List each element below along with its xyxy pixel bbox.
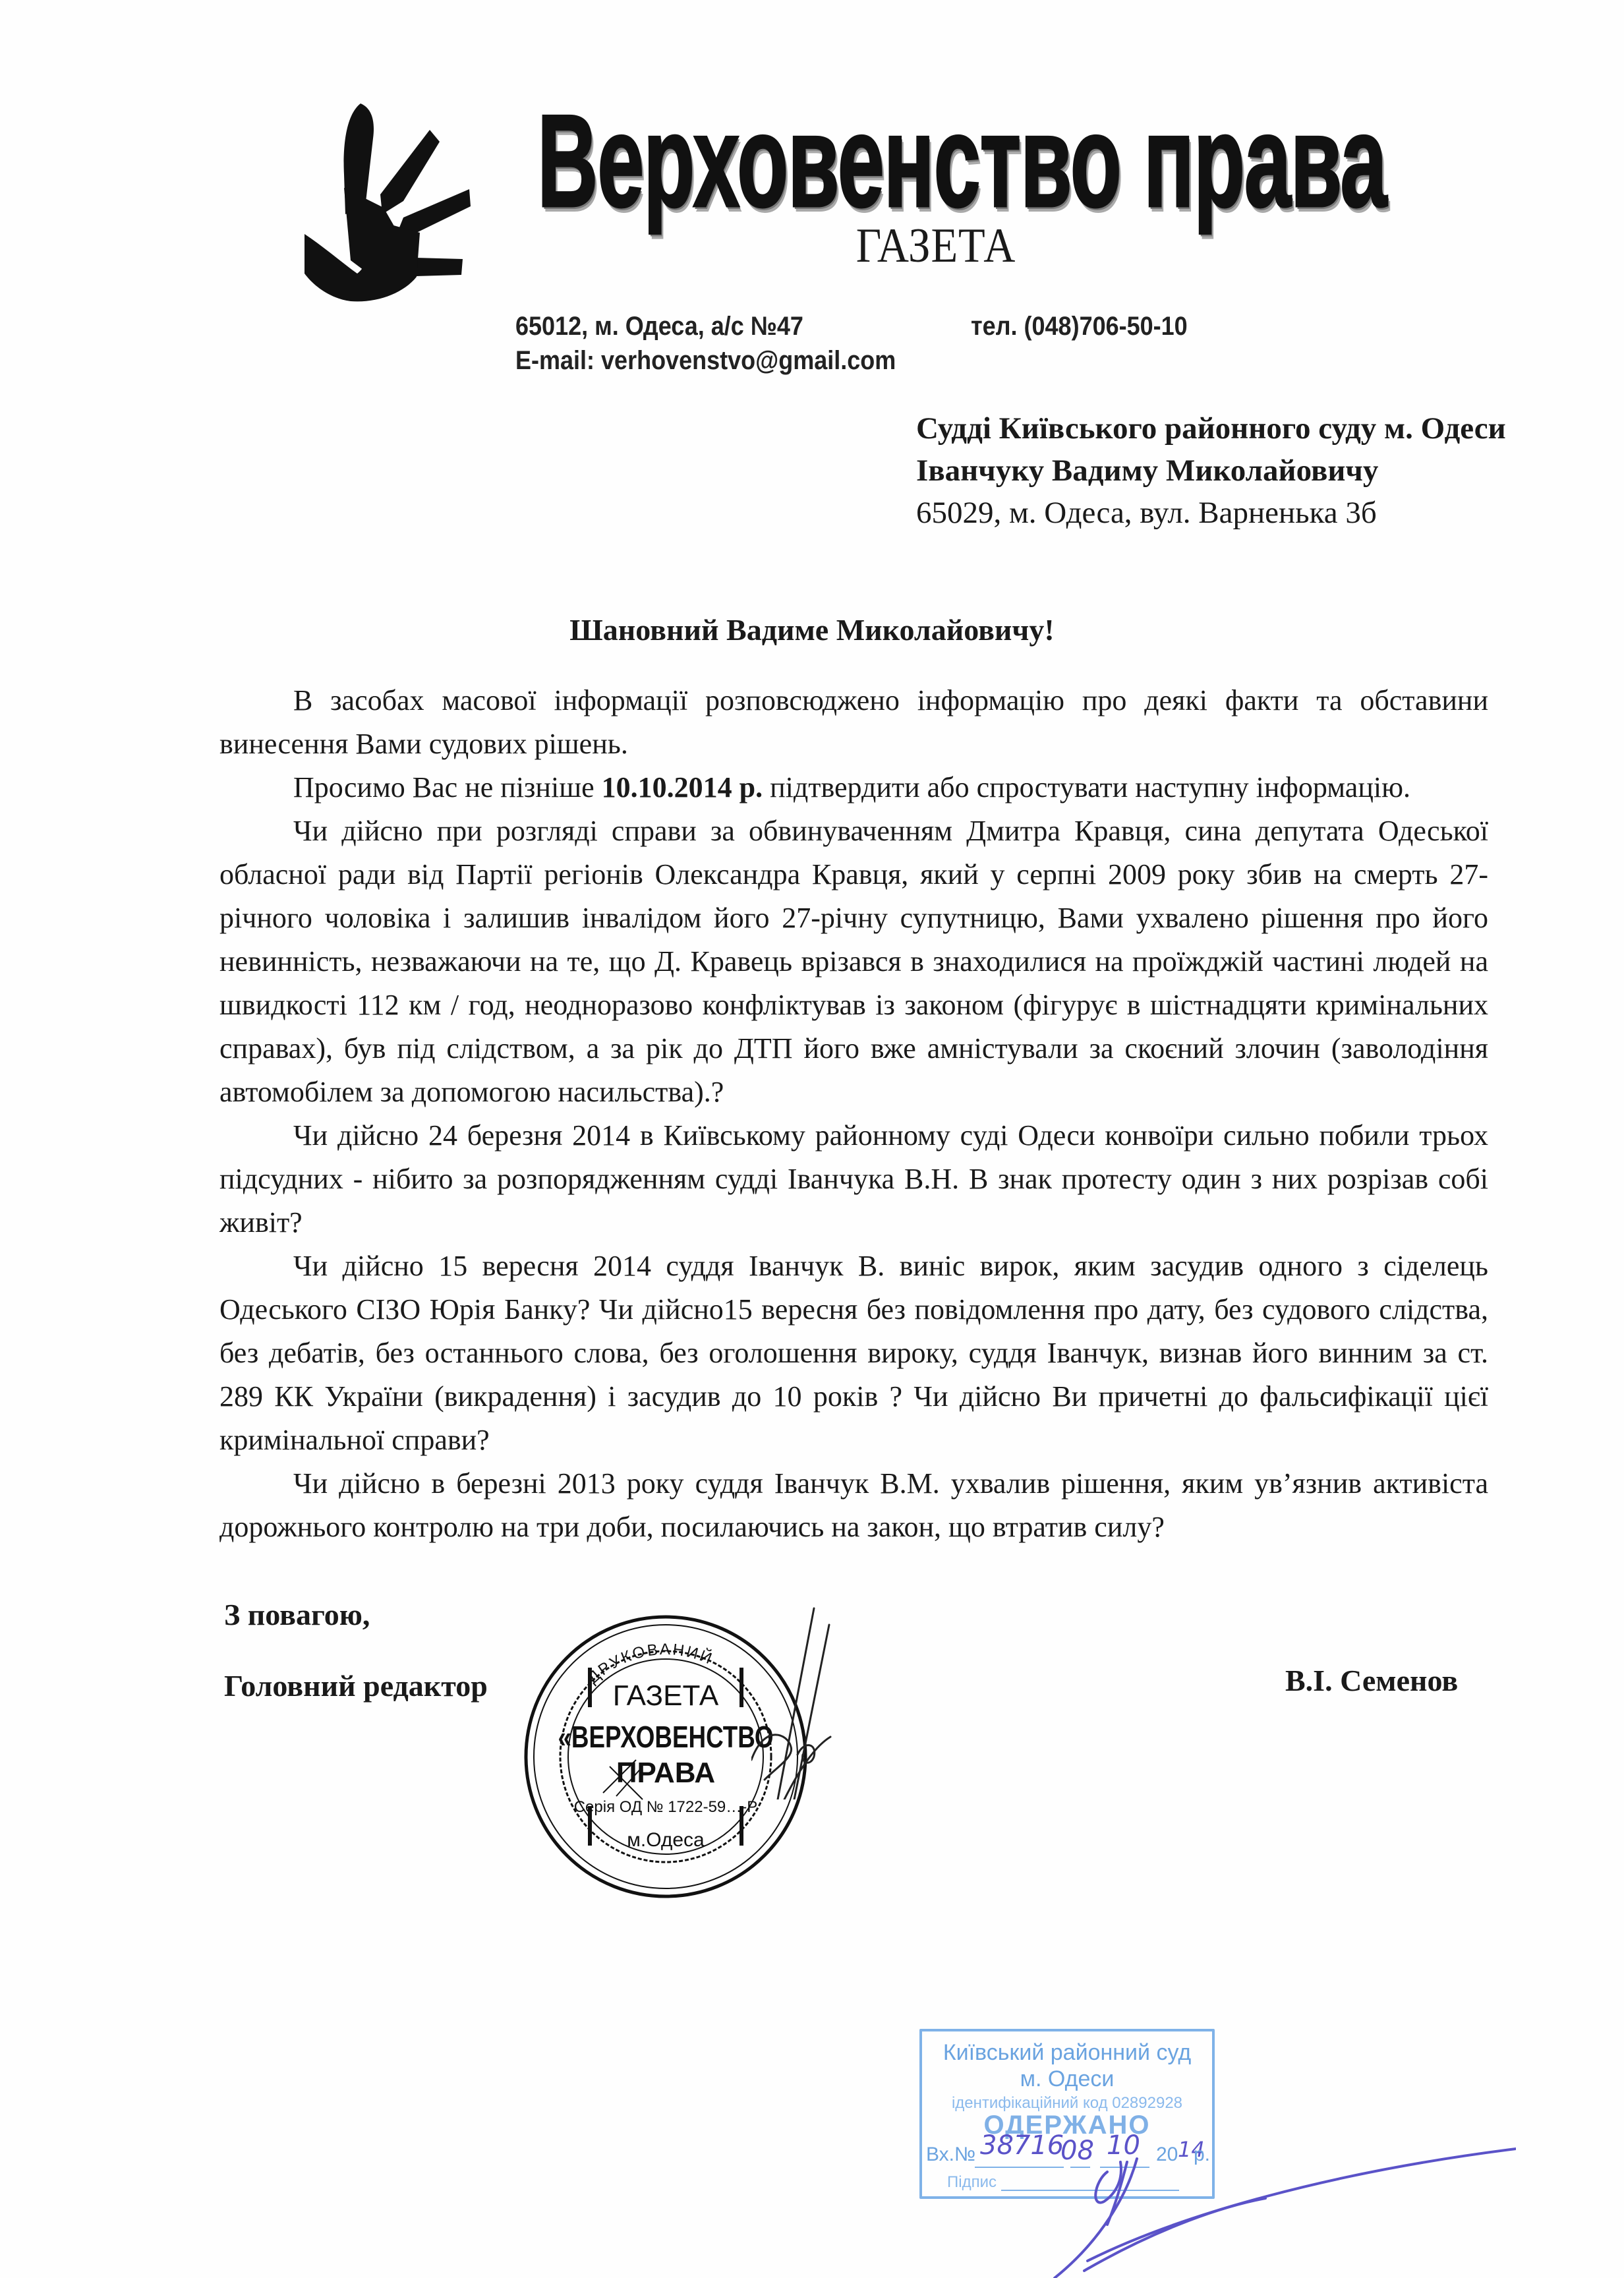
receiver-signature <box>1015 2109 1516 2278</box>
editor-signature <box>751 1582 923 1799</box>
recipient-name: Іванчуку Вадиму Миколайовичу <box>916 450 1506 492</box>
receipt-court-name: Київський районний суд <box>922 2039 1212 2066</box>
signer-position: Головний редактор <box>224 1666 488 1706</box>
deadline-date: 10.10.2014 р. <box>602 771 763 803</box>
paragraph-2-text-end: підтвердити або спростувати наступну інф… <box>763 771 1410 803</box>
paragraph-5: Чи дійсно 15 вересня 2014 суддя Іванчук … <box>219 1244 1488 1462</box>
recipient-block: Судді Київського районного суду м. Одеси… <box>916 407 1506 534</box>
seal-name-1: «ВЕРХОВЕНСТВО <box>547 1719 784 1755</box>
salutation: Шановний Вадиме Миколайовичу! <box>0 610 1624 650</box>
masthead-title: Верховенство права <box>537 99 1124 224</box>
sender-address: 65012, м. Одеса, а/с №47 <box>515 310 803 343</box>
recipient-title: Судді Київського районного суду м. Одеси <box>916 407 1506 450</box>
masthead-subtitle: ГАЗЕТА <box>782 216 1090 276</box>
sender-email: E-mail: verhovenstvo@gmail.com <box>515 344 896 377</box>
signature-label: Підпис <box>947 2173 997 2192</box>
closing-regards: З повагою, <box>224 1595 370 1635</box>
signer-name: В.І. Семенов <box>1285 1661 1458 1701</box>
paragraph-6: Чи дійсно в березні 2013 року суддя Іван… <box>219 1462 1488 1549</box>
seal-city: м.Одеса <box>517 1829 814 1852</box>
paragraph-2: Просимо Вас не пізніше 10.10.2014 р. під… <box>219 766 1488 809</box>
hand-logo-icon <box>304 89 476 307</box>
letter-body: В засобах масової інформації розповсюдже… <box>219 679 1488 1549</box>
paragraph-1: В засобах масової інформації розповсюдже… <box>219 679 1488 766</box>
sender-phone: тел. (048)706-50-10 <box>971 310 1188 343</box>
incoming-number-label: Вх.№ <box>926 2144 975 2166</box>
seal-series: Серія ОД № 1722-59…-Р <box>517 1798 814 1817</box>
paragraph-3: Чи дійсно при розгляді справи за обвинув… <box>219 809 1488 1114</box>
paragraph-4: Чи дійсно 24 березня 2014 в Київському р… <box>219 1114 1488 1244</box>
receipt-court-city: м. Одеси <box>922 2066 1212 2092</box>
recipient-address: 65029, м. Одеса, вул. Варненька 3б <box>916 492 1506 534</box>
paragraph-2-text: Просимо Вас не пізніше <box>293 771 602 803</box>
